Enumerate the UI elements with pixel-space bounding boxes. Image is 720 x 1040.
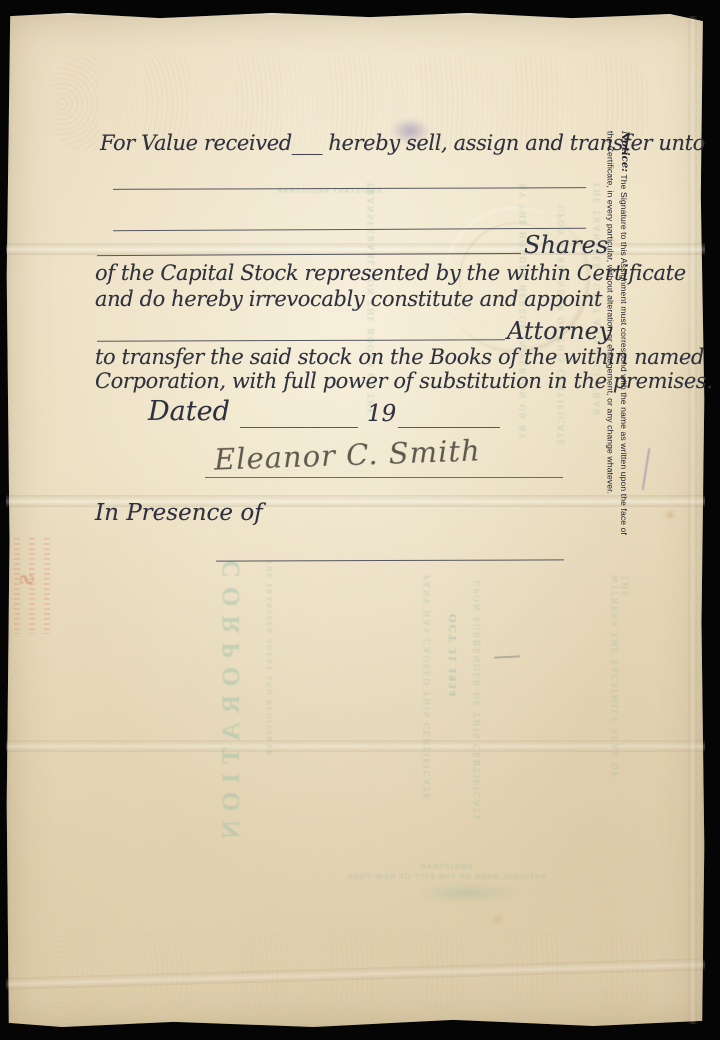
notice-line-1: Notice: The Signature to this Assignment…	[617, 131, 632, 583]
signature-notice: Notice: The Signature to this Assignment…	[603, 131, 631, 583]
constitute-appoint-line: and do hereby irrevocably constitute and…	[95, 287, 602, 311]
shares-label: Shares	[524, 231, 608, 259]
for-value-received-text: For Value received	[100, 131, 292, 155]
in-presence-of-label: In Presence of	[95, 500, 263, 526]
year-prefix: 19	[367, 401, 396, 427]
notice-word: Notice:	[619, 131, 630, 172]
rust-spot	[666, 511, 674, 519]
notice-line-1-text: The Signature to this Assignment must co…	[619, 172, 629, 535]
fold-crease	[688, 16, 697, 1024]
blank-line-date	[240, 427, 358, 428]
dated-label: Dated	[148, 396, 230, 427]
capital-stock-line: of the Capital Stock represented by the …	[95, 261, 686, 285]
name-gap: ___	[292, 131, 322, 155]
showthrough-number-blob	[418, 884, 518, 902]
rust-spot	[493, 915, 503, 923]
signature-line	[205, 477, 563, 478]
attorney-label: Attorney	[507, 317, 612, 345]
scanned-stock-certificate-back: CORPORATION transferable on the books of…	[0, 0, 720, 1040]
notice-line-2: the Certificate, in every particular, wi…	[603, 131, 617, 583]
border-ornament-showthrough	[14, 538, 58, 634]
fold-crease	[6, 740, 705, 752]
sell-assign-transfer-text: hereby sell, assign and transfer unto	[328, 131, 705, 155]
blank-line-year	[398, 427, 500, 428]
